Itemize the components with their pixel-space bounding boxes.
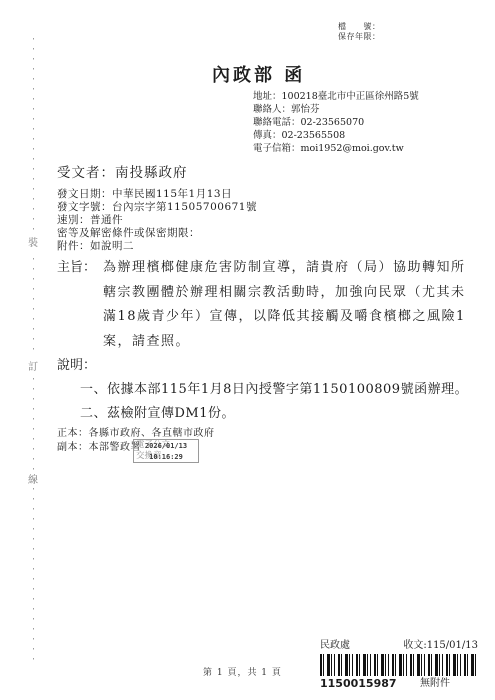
sender-phone: 聯絡電話：02-23565070 bbox=[253, 116, 419, 129]
stamp-date: 2026/01/13 bbox=[134, 441, 198, 452]
description-label: 說明： bbox=[57, 354, 96, 373]
text-line: 轄宗教團體於辦理相關宗教活動時，加強向民眾（尤其未 bbox=[103, 281, 466, 306]
stamp-datetime: 2026/01/13 10:16:29 bbox=[134, 441, 198, 463]
stamp-time: 10:16:29 bbox=[134, 452, 198, 463]
text-line: 二、茲檢附宣傳DM1份。 bbox=[80, 402, 468, 426]
sender-fax: 傳真：02-23565508 bbox=[253, 129, 419, 142]
binding-mark-xian: 線 bbox=[28, 470, 38, 487]
document-number: 發文字號：台內宗字第11505700671號 bbox=[57, 201, 257, 214]
document-meta-block: 發文日期：中華民國115年1月13日 發文字號：台內宗字第11505700671… bbox=[57, 188, 257, 253]
receipt-barcode bbox=[320, 654, 478, 676]
text-line: 案，請查照。 bbox=[103, 330, 466, 355]
receipt-header-row: 民政處 收文:115/01/13 bbox=[320, 640, 478, 652]
subject-section: 主旨： 為辦理檳榔健康危害防制宣導，請貴府（局）協助轉知所轄宗教團體於辦理相關宗… bbox=[57, 256, 466, 354]
recipient-line: 受文者：南投縣政府 bbox=[57, 161, 188, 181]
receipt-stamp-block: 民政處 收文:115/01/13 1150015987 無附件 bbox=[320, 640, 478, 691]
file-info-block: 檔 號： 保存年限： bbox=[338, 22, 381, 42]
text-line: 一、依據本部115年1月8日內授警字第1150100809號函辦理。 bbox=[80, 378, 468, 402]
binding-mark-zhuang: 裝 bbox=[28, 233, 38, 250]
delivery-speed: 速別：普通件 bbox=[57, 214, 257, 227]
sender-address: 地址：100218臺北市中正區徐州路5號 bbox=[253, 90, 419, 103]
sender-contact-block: 地址：100218臺北市中正區徐州路5號 聯絡人：郭怡芬 聯絡電話：02-235… bbox=[253, 90, 419, 155]
text-line: 滿18歲青少年）宣傳，以降低其接觸及嚼食檳榔之風險1 bbox=[103, 305, 466, 330]
retention-period-label: 保存年限： bbox=[338, 32, 381, 42]
receipt-footer-row: 1150015987 無附件 bbox=[320, 677, 478, 691]
page-number-footer: 第 1 頁，共 1 頁 bbox=[203, 665, 282, 678]
electronic-exchange-stamp: 電子公文 交換章 2026/01/13 10:16:29 bbox=[133, 439, 199, 463]
official-letter-page: 檔 號： 保存年限： 內政部 函 地址：100218臺北市中正區徐州路5號 聯絡… bbox=[0, 0, 495, 700]
file-number-label: 檔 號： bbox=[338, 22, 381, 32]
receiving-unit: 民政處 bbox=[320, 640, 350, 652]
receipt-attachment-note: 無附件 bbox=[420, 677, 450, 691]
sender-email: 電子信箱：moi1952@moi.gov.tw bbox=[253, 142, 419, 155]
binding-mark-ding: 訂 bbox=[28, 357, 38, 374]
subject-text: 為辦理檳榔健康危害防制宣導，請貴府（局）協助轉知所轄宗教團體於辦理相關宗教活動時… bbox=[103, 256, 466, 354]
security-classification: 密等及解密條件或保密期限： bbox=[57, 227, 257, 240]
text-line: 為辦理檳榔健康危害防制宣導，請貴府（局）協助轉知所 bbox=[103, 256, 466, 281]
received-date: 收文:115/01/13 bbox=[403, 640, 478, 652]
sender-contact-person: 聯絡人：郭怡芬 bbox=[253, 103, 419, 116]
issue-date: 發文日期：中華民國115年1月13日 bbox=[57, 188, 257, 201]
subject-label: 主旨： bbox=[57, 256, 103, 354]
attachment-note: 附件：如說明二 bbox=[57, 240, 257, 253]
receipt-number: 1150015987 bbox=[320, 677, 397, 691]
document-title: 內政部 函 bbox=[212, 61, 305, 87]
description-items: 一、依據本部115年1月8日內授警字第1150100809號函辦理。二、茲檢附宣… bbox=[80, 378, 468, 425]
binding-dotted-line bbox=[33, 38, 34, 666]
